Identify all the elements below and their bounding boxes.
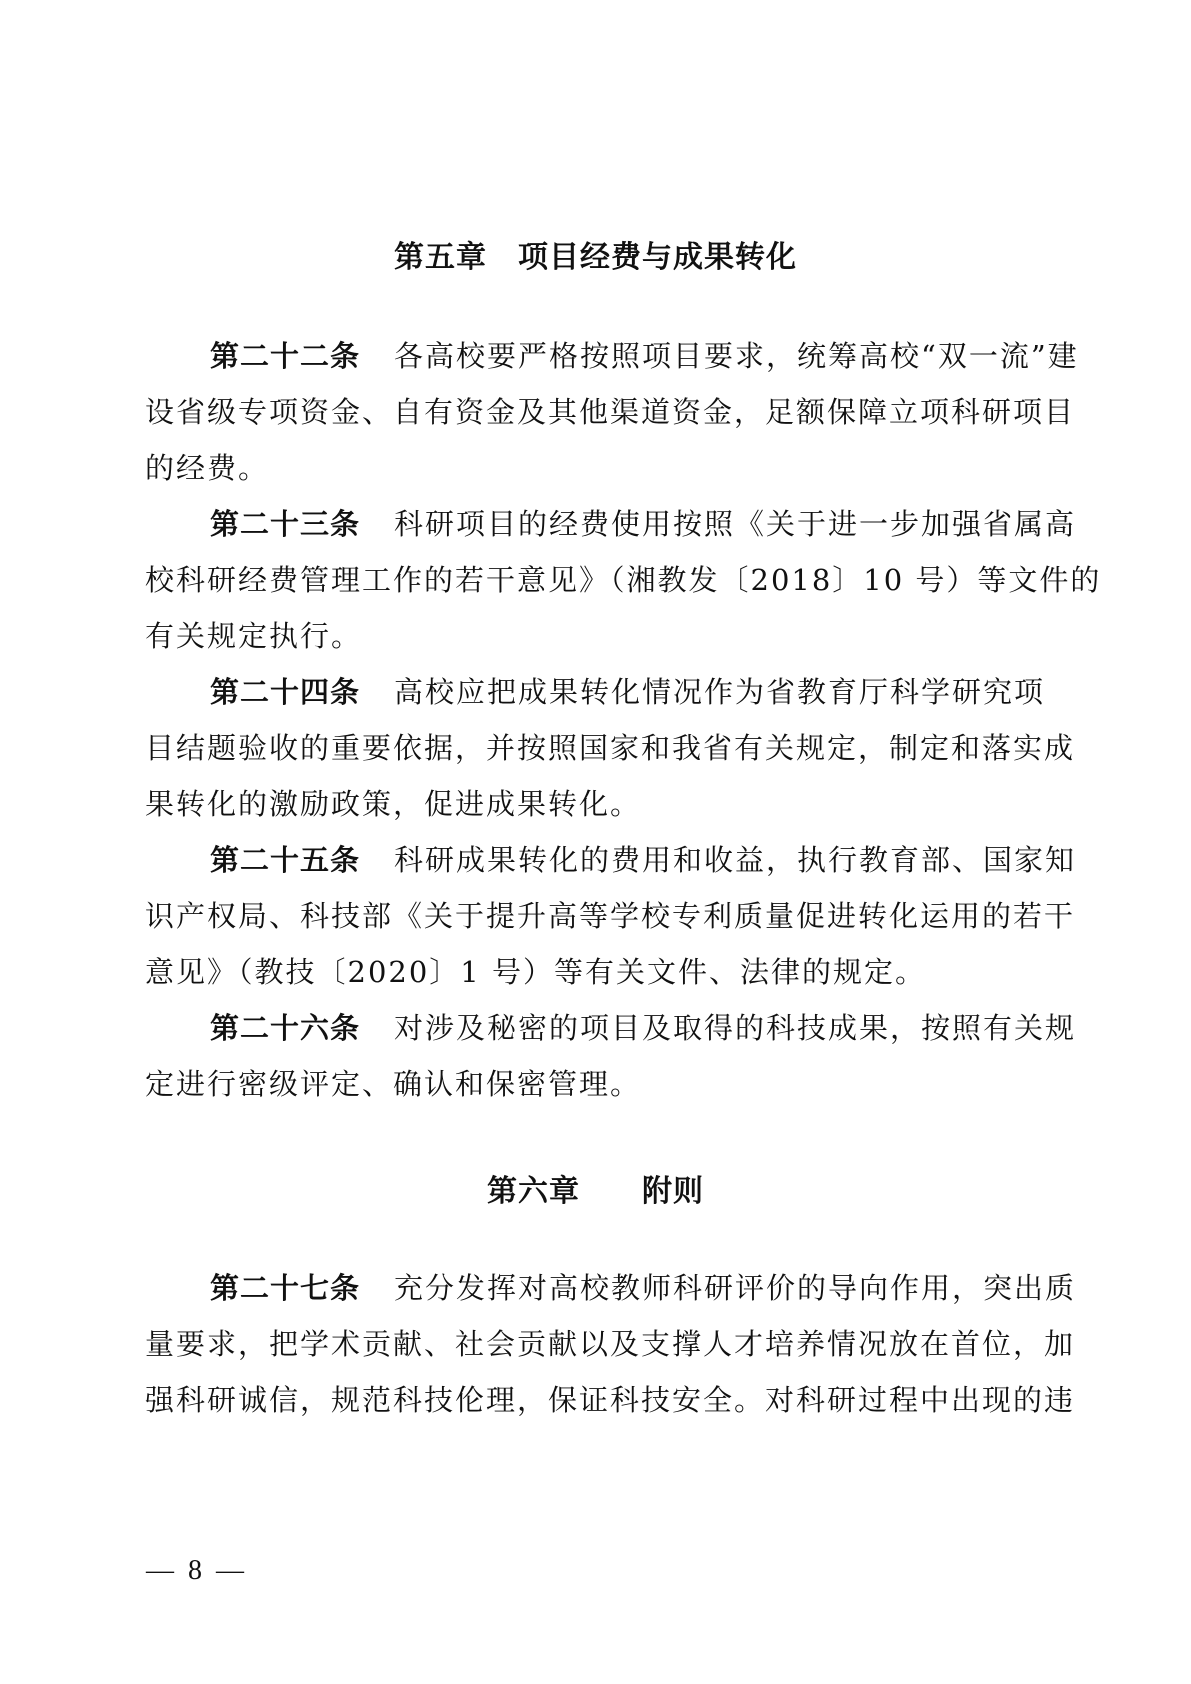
article-24-number: 第二十四条 xyxy=(210,675,360,709)
article-23-text-line-1: 科研项目的经费使用按照《关于进一步加强省属高 xyxy=(394,507,1076,541)
article-26-text-line-1: 对涉及秘密的项目及取得的科技成果，按照有关规 xyxy=(394,1011,1076,1045)
article-23-text-line-2: 校科研经费管理工作的若干意见》（湘教发〔2018〕10 号）等文件的 xyxy=(145,560,1060,600)
article-25-text-line-2: 识产权局、科技部《关于提升高等学校专利质量促进转化运用的若干 xyxy=(145,896,1060,936)
document-page: 第五章 项目经费与成果转化 第二十二条各高校要严格按照项目要求，统筹高校“双一流… xyxy=(0,0,1191,1684)
article-22-first-line: 第二十二条各高校要严格按照项目要求，统筹高校“双一流”建 xyxy=(210,336,1125,376)
article-27-first-line: 第二十七条充分发挥对高校教师科研评价的导向作用，突出质 xyxy=(210,1268,1125,1308)
article-26-text-line-2: 定进行密级评定、确认和保密管理。 xyxy=(145,1064,1060,1104)
article-25-text-line-3: 意见》（教技〔2020〕1 号）等有关文件、法律的规定。 xyxy=(145,952,1060,992)
article-22-text-line-2: 设省级专项资金、自有资金及其他渠道资金，足额保障立项科研项目 xyxy=(145,392,1060,432)
article-24-first-line: 第二十四条高校应把成果转化情况作为省教育厅科学研究项 xyxy=(210,672,1125,712)
article-26-first-line: 第二十六条对涉及秘密的项目及取得的科技成果，按照有关规 xyxy=(210,1008,1125,1048)
chapter-6-heading: 第六章 附则 xyxy=(0,1166,1191,1210)
article-25-first-line: 第二十五条科研成果转化的费用和收益，执行教育部、国家知 xyxy=(210,840,1125,880)
article-25-number: 第二十五条 xyxy=(210,843,360,877)
article-23-text-line-3: 有关规定执行。 xyxy=(145,616,1060,656)
article-26-number: 第二十六条 xyxy=(210,1011,360,1045)
article-24-text-line-3: 果转化的激励政策，促进成果转化。 xyxy=(145,784,1060,824)
article-24-text-line-2: 目结题验收的重要依据，并按照国家和我省有关规定，制定和落实成 xyxy=(145,728,1060,768)
page-number: — 8 — xyxy=(146,1555,244,1587)
article-22-number: 第二十二条 xyxy=(210,339,360,373)
article-22-text-line-1: 各高校要严格按照项目要求，统筹高校“双一流”建 xyxy=(394,339,1079,373)
article-27-text-line-3: 强科研诚信，规范科技伦理，保证科技安全。对科研过程中出现的违 xyxy=(145,1380,1060,1420)
article-23-first-line: 第二十三条科研项目的经费使用按照《关于进一步加强省属高 xyxy=(210,504,1125,544)
chapter-5-heading: 第五章 项目经费与成果转化 xyxy=(0,232,1191,276)
article-25-text-line-1: 科研成果转化的费用和收益，执行教育部、国家知 xyxy=(394,843,1076,877)
article-27-text-line-2: 量要求，把学术贡献、社会贡献以及支撑人才培养情况放在首位，加 xyxy=(145,1324,1060,1364)
article-24-text-line-1: 高校应把成果转化情况作为省教育厅科学研究项 xyxy=(394,675,1045,709)
article-27-number: 第二十七条 xyxy=(210,1271,360,1305)
article-22-text-line-3: 的经费。 xyxy=(145,448,1060,488)
article-27-text-line-1: 充分发挥对高校教师科研评价的导向作用，突出质 xyxy=(394,1271,1076,1305)
article-23-number: 第二十三条 xyxy=(210,507,360,541)
